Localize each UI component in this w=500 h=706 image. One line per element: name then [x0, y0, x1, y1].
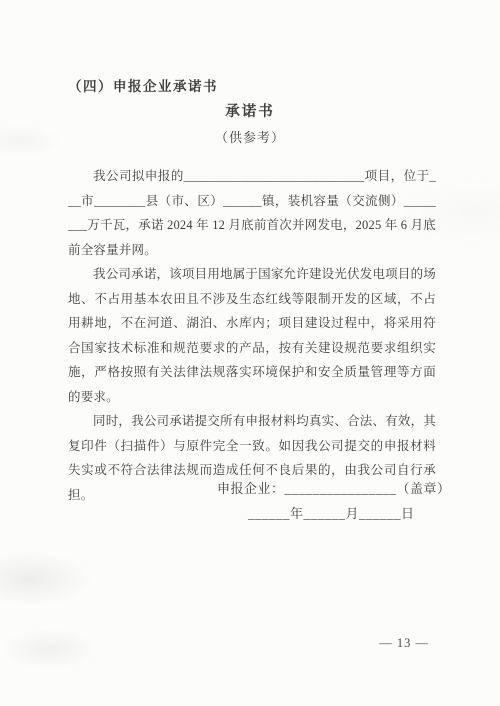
signature-line: 申报企业：________________（盖章） [217, 478, 451, 497]
document-page: （四）申报企业承诺书 承诺书 （供参考） 我公司拟申报的____________… [0, 0, 500, 706]
page-number: — 13 — [379, 636, 429, 651]
doc-title: 承诺书 [0, 100, 500, 121]
paragraph-land-commitment: 我公司承诺，该项目用地属于国家允许建设光伏发电项目的场地、不占用基本农田且不涉及… [68, 262, 436, 409]
date-line: ______年______月______日 [248, 503, 415, 522]
section-heading: （四）申报企业承诺书 [68, 75, 218, 95]
body-text: 我公司拟申报的____________________________项目，位于… [68, 164, 436, 507]
paragraph-project-info: 我公司拟申报的____________________________项目，位于… [68, 164, 436, 262]
doc-subtitle: （供参考） [0, 127, 500, 146]
